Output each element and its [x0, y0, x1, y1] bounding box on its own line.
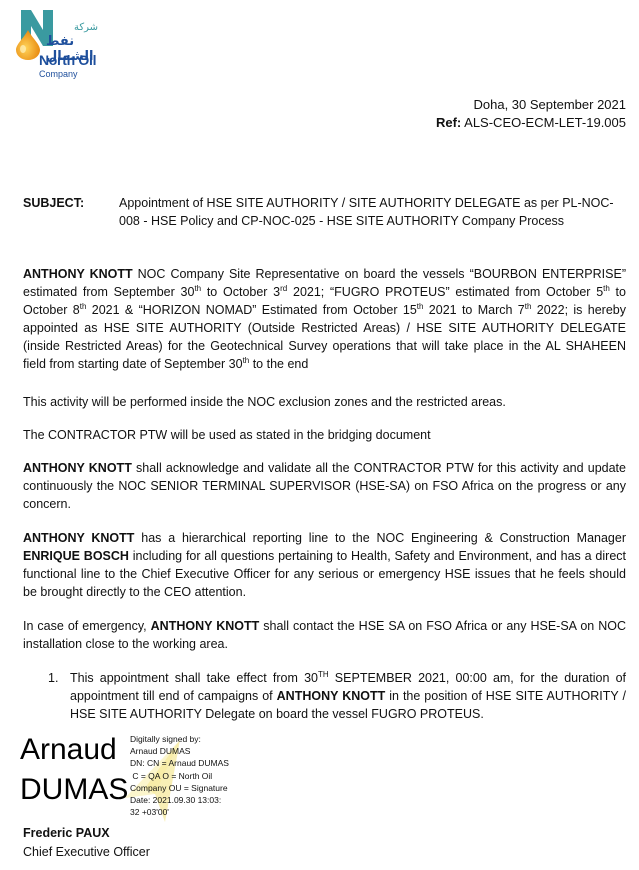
- text: to the end: [249, 357, 308, 371]
- ref-label: Ref:: [436, 115, 461, 130]
- list-number: 1.: [48, 669, 58, 687]
- paragraph-ptw: The CONTRACTOR PTW will be used as state…: [23, 426, 626, 444]
- signature-name-first: Arnaud: [20, 733, 117, 767]
- stamp-line: Digitally signed by:: [130, 733, 229, 745]
- north-oil-company-logo: شركة نفط الشمال North Oil Company: [12, 8, 122, 83]
- oil-drop-icon: [14, 30, 42, 60]
- appointee-name: ANTHONY KNOTT: [23, 531, 134, 545]
- stamp-line: Arnaud DUMAS: [130, 745, 229, 757]
- signature-name-last: DUMAS: [20, 773, 128, 807]
- signer-block: Frederic PAUX Chief Executive Officer: [23, 824, 150, 862]
- reference: Ref: ALS-CEO-ECM-LET-19.005: [436, 114, 626, 132]
- stamp-line: Company OU = Signature: [130, 782, 229, 794]
- subject-label: SUBJECT:: [23, 194, 84, 212]
- place-date: Doha, 30 September 2021: [436, 96, 626, 114]
- list-item: This appointment shall take effect from …: [70, 669, 626, 723]
- ordinal: TH: [318, 670, 329, 679]
- subject-text: Appointment of HSE SITE AUTHORITY / SITE…: [119, 194, 621, 230]
- signer-title: Chief Executive Officer: [23, 843, 150, 862]
- stamp-line: DN: CN = Arnaud DUMAS: [130, 757, 229, 769]
- text: 2021 to March 7: [423, 303, 524, 317]
- text: to October 3: [201, 285, 280, 299]
- paragraph-activity: This activity will be performed inside t…: [23, 393, 626, 411]
- text: 2021; “FUGRO PROTEUS” estimated from Oct…: [287, 285, 603, 299]
- logo-arabic-company: شركة: [74, 22, 98, 33]
- stamp-line: C = QA O = North Oil: [130, 770, 229, 782]
- paragraph-reporting: ANTHONY KNOTT has a hierarchical reporti…: [23, 529, 626, 601]
- signer-name: Frederic PAUX: [23, 826, 110, 840]
- appointee-name: ANTHONY KNOTT: [151, 619, 260, 633]
- text: This appointment shall take effect from …: [70, 671, 318, 685]
- logo-english-name: North Oil: [39, 52, 96, 68]
- logo-english-company: Company: [39, 69, 78, 79]
- appointee-name: ANTHONY KNOTT: [23, 267, 133, 281]
- text: 2021 & “HORIZON NOMAD” Estimated from Oc…: [86, 303, 416, 317]
- paragraph-appointment: ANTHONY KNOTT NOC Company Site Represent…: [23, 265, 626, 373]
- manager-name: ENRIQUE BOSCH: [23, 549, 129, 563]
- text: In case of emergency,: [23, 619, 151, 633]
- text: has a hierarchical reporting line to the…: [134, 531, 626, 545]
- ordinal: th: [603, 284, 610, 293]
- letter-header: Doha, 30 September 2021 Ref: ALS-CEO-ECM…: [436, 96, 626, 132]
- appointee-name: ANTHONY KNOTT: [23, 461, 132, 475]
- paragraph-emergency: In case of emergency, ANTHONY KNOTT shal…: [23, 617, 626, 653]
- digital-signature[interactable]: Arnaud DUMAS Digitally signed by: Arnaud…: [20, 733, 280, 823]
- stamp-line: 32 +03'00': [130, 806, 229, 818]
- stamp-line: Date: 2021.09.30 13:03:: [130, 794, 229, 806]
- signature-details: Digitally signed by: Arnaud DUMAS DN: CN…: [130, 733, 229, 818]
- ref-value: ALS-CEO-ECM-LET-19.005: [464, 115, 626, 130]
- paragraph-acknowledge: ANTHONY KNOTT shall acknowledge and vali…: [23, 459, 626, 513]
- appointee-name: ANTHONY KNOTT: [277, 689, 386, 703]
